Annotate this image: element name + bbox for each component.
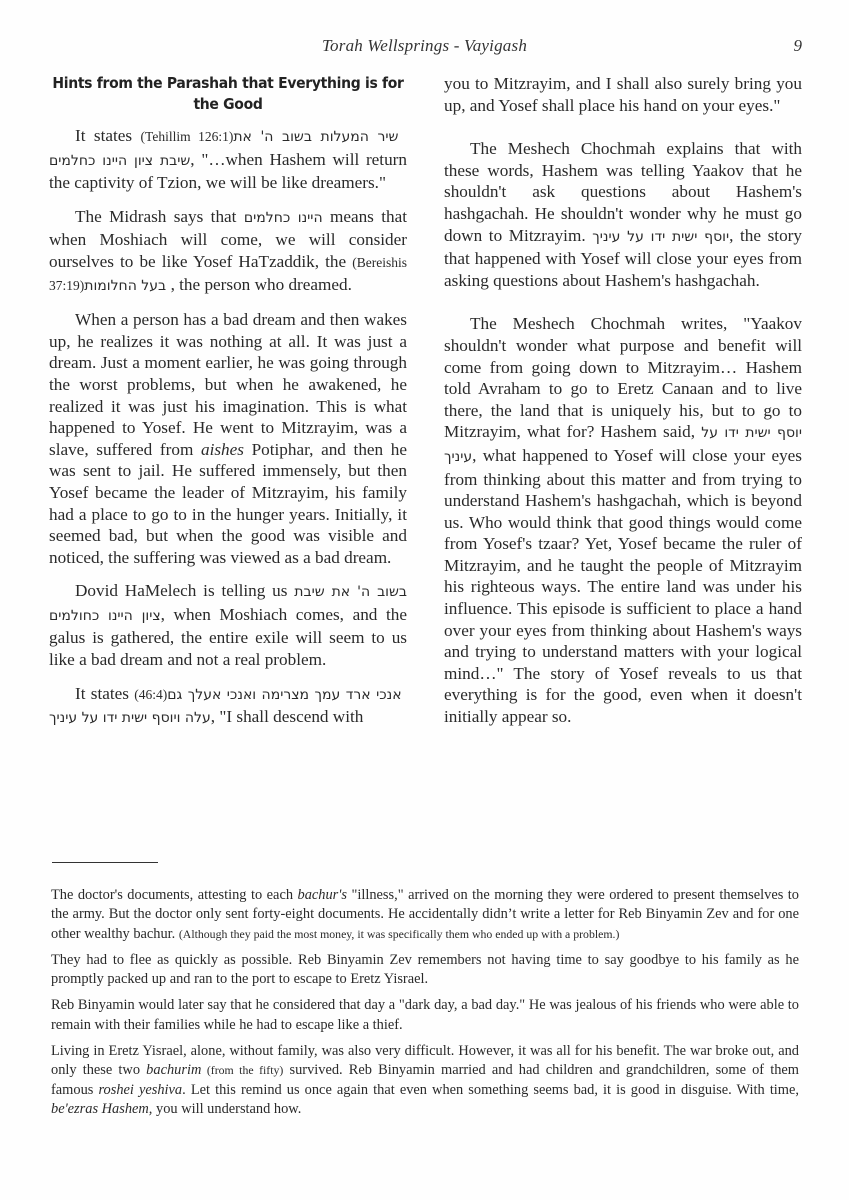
text: The Midrash says that — [75, 207, 244, 226]
book-page: Torah Wellsprings - Vayigash 9 Hints fro… — [0, 0, 849, 1200]
paragraph-midrash: The Midrash says that היינו כחלמים means… — [49, 206, 407, 297]
text: Dovid HaMelech is telling us — [75, 581, 294, 600]
left-column: Hints from the Parashah that Everything … — [49, 73, 407, 742]
paragraph-meshech-chochmah-writes: The Meshech Chochmah writes, "Yaakov sho… — [444, 313, 802, 727]
footnote-paragraph: Living in Eretz Yisrael, alone, without … — [51, 1042, 799, 1119]
paragraph-dovid-hamelech: Dovid HaMelech is telling us בשוב ה' את … — [49, 580, 407, 670]
running-title: Torah Wellsprings - Vayigash — [0, 36, 849, 56]
text: It states — [75, 126, 141, 145]
text: When a person has a bad dream and then w… — [49, 310, 407, 459]
section-heading: Hints from the Parashah that Everything … — [49, 73, 407, 115]
paragraph-tehillim-quote: It states (Tehillim 126:1) שיר המעלות בש… — [49, 125, 407, 194]
footnote-separator — [52, 862, 158, 863]
footnote-paragraph: The doctor's documents, attesting to eac… — [51, 886, 799, 944]
hebrew-quote: בעל החלומות — [84, 278, 170, 294]
text: Reb Binyamin would later say that he con… — [51, 997, 799, 1032]
text: , "I shall descend with — [211, 707, 364, 726]
text: The doctor's documents, attesting to eac… — [51, 887, 298, 903]
text: . Let this remind us once again that eve… — [182, 1082, 799, 1098]
hebrew-quote: יוסף ישית ידו על עיניך — [592, 229, 729, 245]
text: The Meshech Chochmah writes, "Yaakov sho… — [444, 314, 802, 441]
text: They had to flee as quickly as possible.… — [51, 952, 799, 987]
text: you to Mitzrayim, and I shall also surel… — [444, 74, 802, 115]
italic-term: be'ezras Hashem, — [51, 1101, 152, 1117]
footnotes: The doctor's documents, attesting to eac… — [51, 886, 799, 1126]
parenthetical-note: (Although they paid the most money, it w… — [179, 927, 620, 941]
text: , the person who dreamed. — [171, 275, 352, 294]
italic-term: bachurim — [146, 1062, 201, 1078]
footnote-paragraph: They had to flee as quickly as possible.… — [51, 951, 799, 990]
page-number: 9 — [794, 36, 803, 56]
italic-term: roshei yeshiva — [98, 1082, 182, 1098]
parenthetical-note: (from the fifty) — [201, 1063, 283, 1077]
source-citation: (46:4) — [134, 687, 167, 702]
running-header: Torah Wellsprings - Vayigash 9 — [0, 36, 849, 60]
hebrew-quote: היינו כחלמים — [244, 210, 323, 226]
paragraph-continuation: you to Mitzrayim, and I shall also surel… — [444, 73, 802, 116]
text: It states — [75, 684, 134, 703]
paragraph-it-states: It states (46:4) אנכי ארד עמך מצרימה ואנ… — [49, 683, 407, 730]
paragraph-bad-dream: When a person has a bad dream and then w… — [49, 309, 407, 568]
text: , what happened to Yosef will close your… — [444, 446, 802, 726]
paragraph-meshech-chochmah-explains: The Meshech Chochmah explains that with … — [444, 138, 802, 291]
text: you will understand how. — [152, 1101, 301, 1117]
italic-term: aishes — [201, 440, 244, 459]
right-column: you to Mitzrayim, and I shall also surel… — [444, 73, 802, 740]
source-citation: (Tehillim 126:1) — [141, 129, 234, 144]
italic-term: bachur's — [298, 887, 347, 903]
footnote-paragraph: Reb Binyamin would later say that he con… — [51, 996, 799, 1035]
